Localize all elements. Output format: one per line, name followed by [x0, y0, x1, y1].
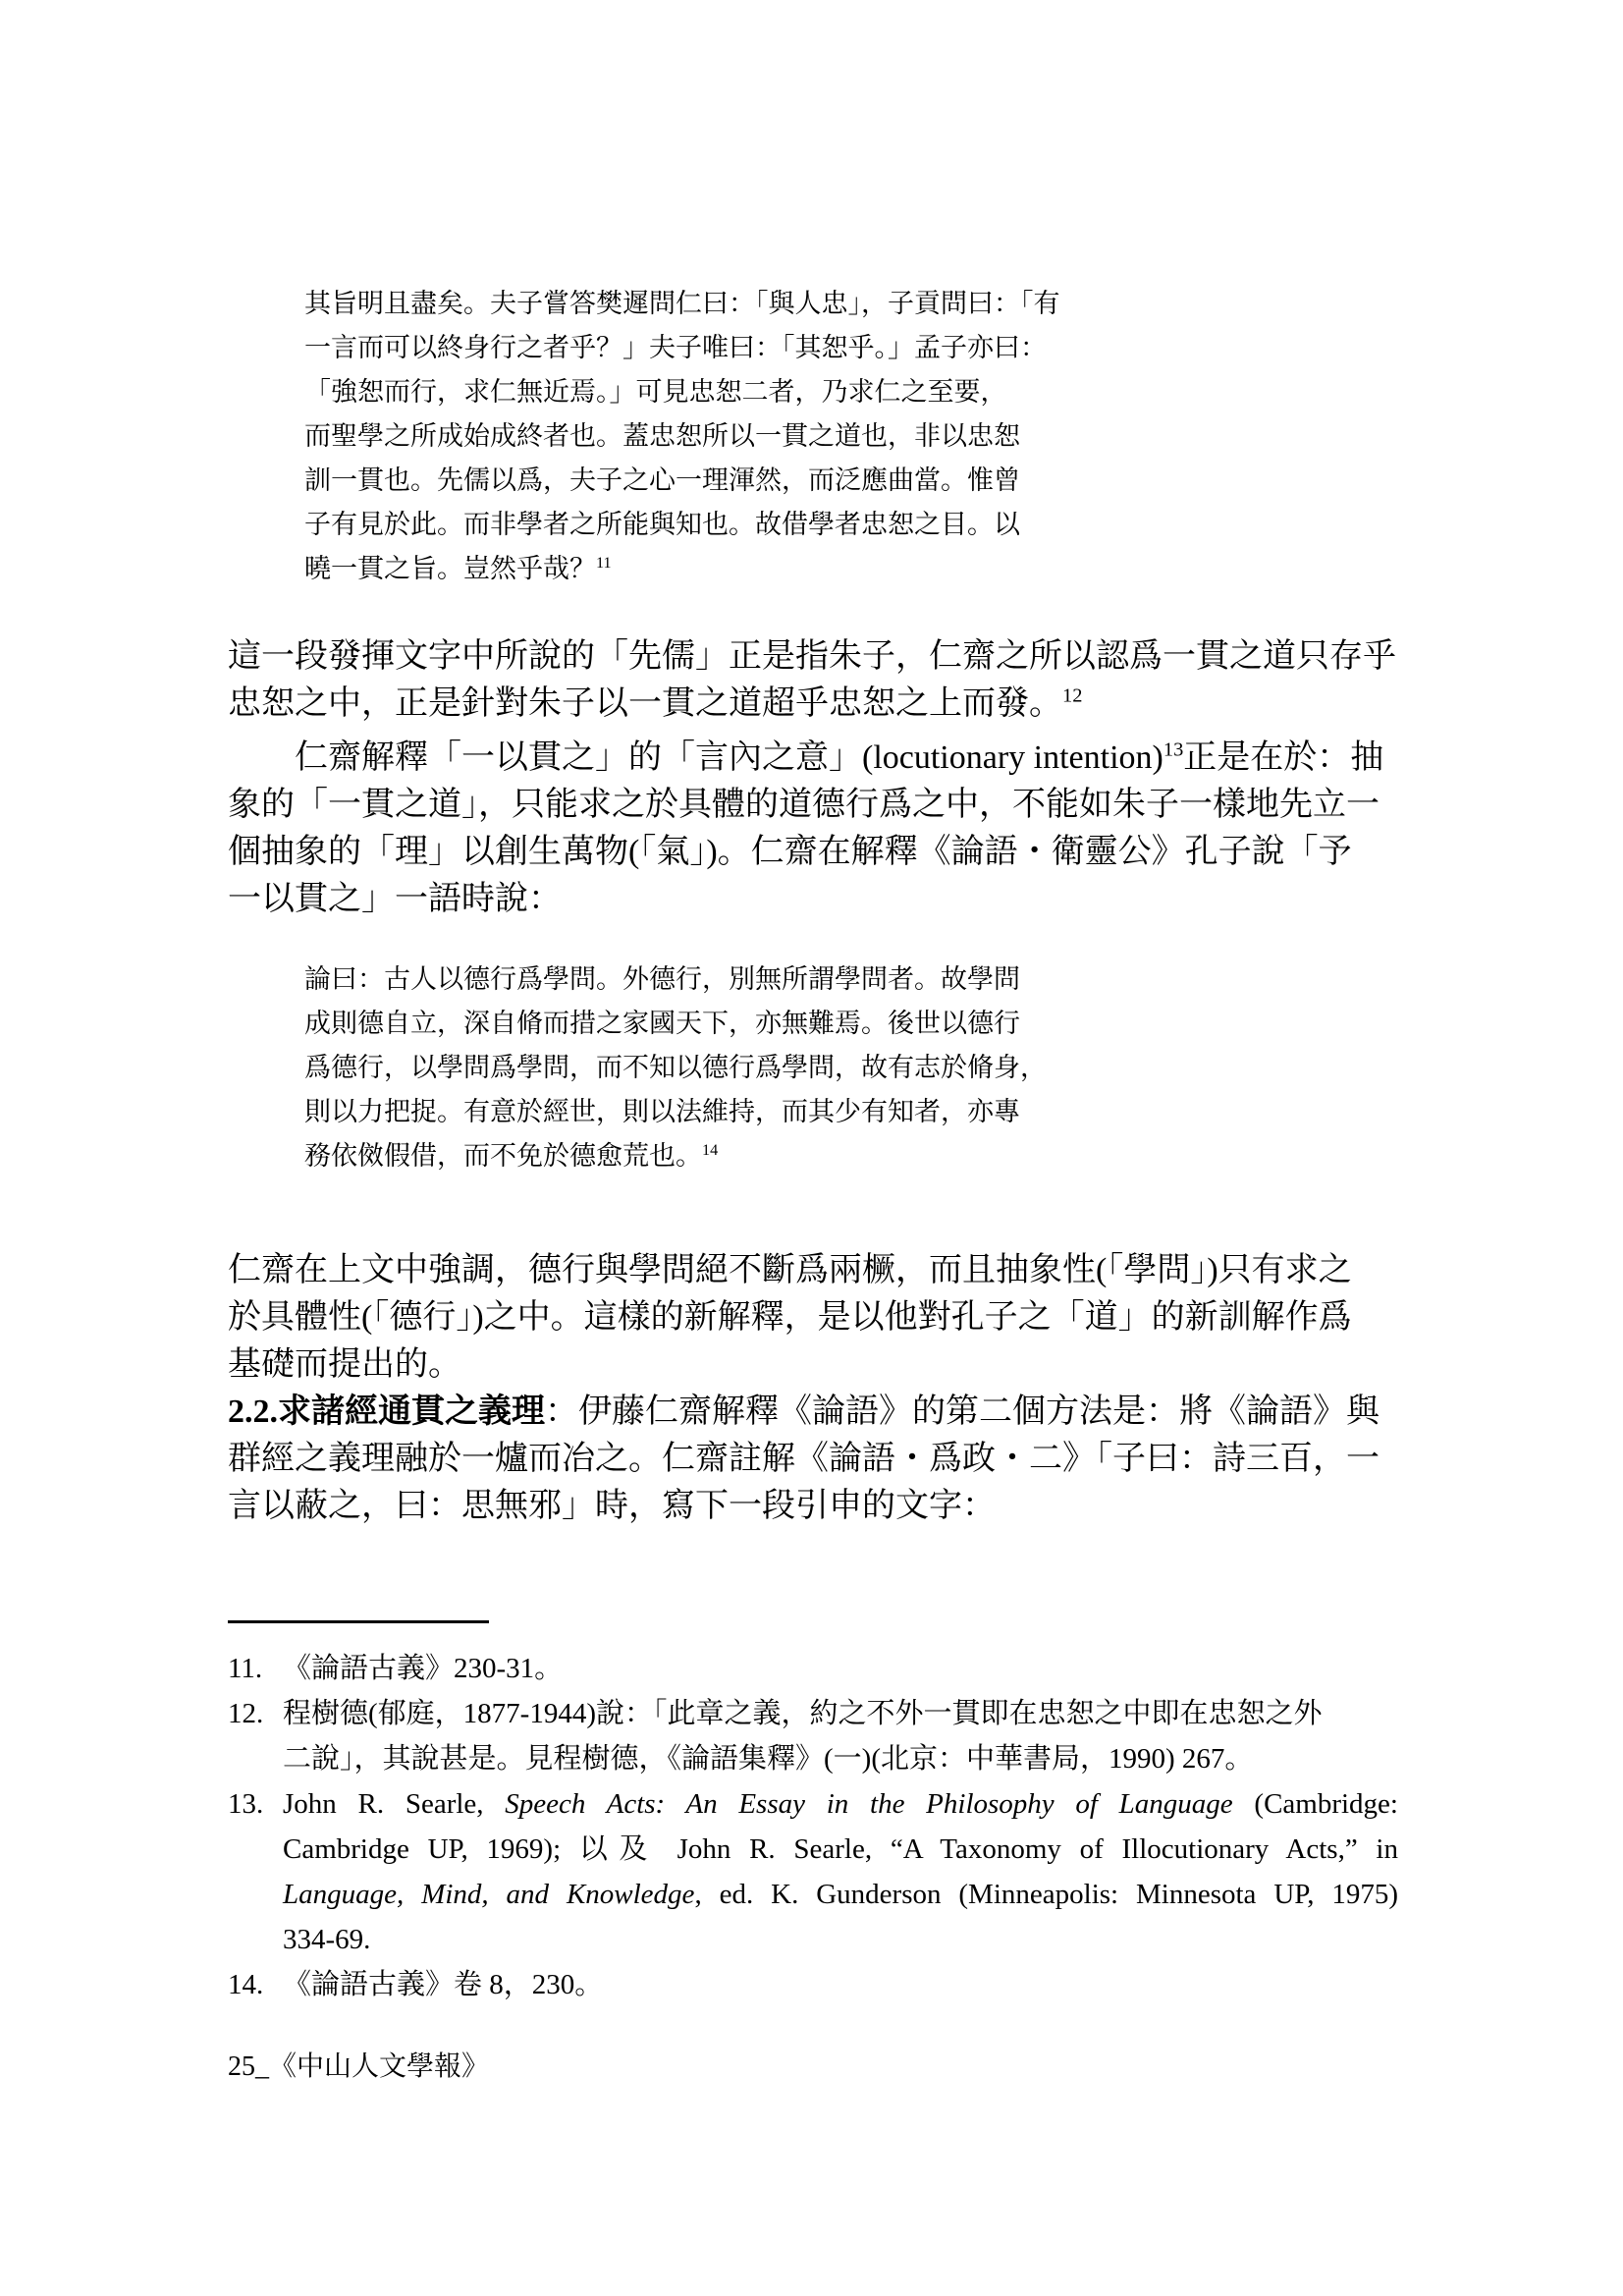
- quote-text: 務依傚假借，而不免於德愈荒也。: [304, 1141, 702, 1171]
- paragraph-2: 仁齋解釋「一以貫之」的「言內之意」(locutionary intention)…: [228, 735, 1398, 923]
- footnote-line: 《論語古義》卷 8，230。: [283, 1962, 1398, 2007]
- book-title: Speech Acts: An Essay in the Philosophy …: [505, 1788, 1232, 1820]
- footnote-text: 程樹德(郁庭，1877-1944)說：「此章之義，約之不外一貫即在忠恕之中即在忠…: [283, 1691, 1398, 1781]
- footnote-12: 12. 程樹德(郁庭，1877-1944)說：「此章之義，約之不外一貫即在忠恕之…: [228, 1691, 1398, 1781]
- quote-line: 曉一貫之旨。豈然乎哉？11: [304, 547, 1102, 591]
- quote-line: 爲德行，以學問爲學問，而不知以德行爲學問，故有志於脩身，: [304, 1046, 1102, 1090]
- paragraph-3: 仁齋在上文中強調，德行與學問絕不斷爲兩橛，而且抽象性(「學問」)只有求之 於具體…: [228, 1247, 1398, 1389]
- body-text: 仁齋解釋「一以貫之」的「言內之意」(locutionary intention): [295, 739, 1163, 776]
- body-line: 言以蔽之，曰：思無邪」時，寫下一段引申的文字：: [228, 1483, 1398, 1530]
- footnote-line: Cambridge UP, 1969); 以及 John R. Searle, …: [283, 1827, 1398, 1872]
- quote-line: 則以力把捉。有意於經世，則以法維持，而其少有知者，亦專: [304, 1090, 1102, 1134]
- footnotes: 11. 《論語古義》230-31。 12. 程樹德(郁庭，1877-1944)說…: [228, 1646, 1398, 2007]
- quote-line: 其旨明且盡矣。夫子嘗答樊遲問仁曰：「與人忠」，子貢問曰：「有: [304, 282, 1102, 326]
- body-text: 忠恕之中，正是針對朱子以一貫之道超乎忠恕之上而發。: [228, 685, 1062, 722]
- body-line: 2.2.求諸經通貫之義理：伊藤仁齋解釋《論語》的第二個方法是：將《論語》與: [228, 1389, 1398, 1436]
- footnote-ref-14: 14: [702, 1141, 718, 1159]
- footnote-13: 13. John R. Searle, Speech Acts: An Essa…: [228, 1781, 1398, 1962]
- footnote-14: 14. 《論語古義》卷 8，230。: [228, 1962, 1398, 2007]
- footnote-number: 14.: [228, 1962, 283, 2007]
- body-line: 象的「一貫之道」，只能求之於具體的道德行爲之中，不能如朱子一樣地先立一: [228, 782, 1398, 829]
- footnote-text-segment: , ed. K. Gunderson (Minneapolis: Minneso…: [694, 1879, 1398, 1910]
- page-number-journal-label: 25_《中山人文學報》: [228, 2051, 489, 2082]
- block-quote-1: 其旨明且盡矣。夫子嘗答樊遲問仁曰：「與人忠」，子貢問曰：「有 一言而可以終身行之…: [304, 282, 1102, 591]
- body-line: 一以貫之」一語時說：: [228, 876, 1398, 923]
- body-line: 基礎而提出的。: [228, 1341, 1398, 1389]
- body-text: 正是在於：抽: [1183, 739, 1383, 776]
- quote-line: 訓一貫也。先儒以爲，夫子之心一理渾然，而泛應曲當。惟曾: [304, 459, 1102, 503]
- quote-line: 成則德自立，深自脩而措之家國天下，亦無難焉。後世以德行: [304, 1002, 1102, 1046]
- body-line: 仁齋在上文中強調，德行與學問絕不斷爲兩橛，而且抽象性(「學問」)只有求之: [228, 1247, 1398, 1294]
- footnote-ref-11: 11: [596, 554, 612, 572]
- body-line: 於具體性(「德行」)之中。這樣的新解釋，是以他對孔子之「道」的新訓解作爲: [228, 1294, 1398, 1341]
- body-line: 個抽象的「理」以創生萬物(「氣」)。仁齋在解釋《論語・衛靈公》孔子說「予: [228, 829, 1398, 876]
- quote-text: 曉一貫之旨。豈然乎哉？: [304, 554, 596, 583]
- footnote-11: 11. 《論語古義》230-31。: [228, 1646, 1398, 1691]
- quote-line: 一言而可以終身行之者乎？」夫子唯曰：「其恕乎。」孟子亦曰：: [304, 326, 1102, 370]
- body-line: 仁齋解釋「一以貫之」的「言內之意」(locutionary intention)…: [228, 735, 1398, 782]
- footnote-ref-12: 12: [1062, 685, 1082, 707]
- journal-page: 其旨明且盡矣。夫子嘗答樊遲問仁曰：「與人忠」，子貢問曰：「有 一言而可以終身行之…: [0, 0, 1623, 2296]
- quote-line: 論曰：古人以德行爲學問。外德行，別無所謂學問者。故學問: [304, 957, 1102, 1002]
- body-line: 群經之義理融於一爐而冶之。仁齋註解《論語・爲政・二》「子曰：詩三百，一: [228, 1436, 1398, 1483]
- footnote-line: 二說」，其說甚是。見程樹德，《論語集釋》(一)(北京：中華書局，1990) 26…: [283, 1736, 1398, 1781]
- page-footer: 25_《中山人文學報》: [228, 2050, 489, 2084]
- body-line: 這一段發揮文字中所說的「先儒」正是指朱子，仁齋之所以認爲一貫之道只存乎: [228, 633, 1398, 681]
- book-title: Language, Mind, and Knowledge: [283, 1879, 694, 1910]
- block-quote-2: 論曰：古人以德行爲學問。外德行，別無所謂學問者。故學問 成則德自立，深自脩而措之…: [304, 957, 1102, 1178]
- footnote-ref-13: 13: [1163, 739, 1183, 761]
- footnote-line: 程樹德(郁庭，1877-1944)說：「此章之義，約之不外一貫即在忠恕之中即在忠…: [283, 1691, 1398, 1736]
- footnote-number: 11.: [228, 1646, 283, 1691]
- footnote-line: 《論語古義》230-31。: [283, 1646, 1398, 1691]
- footnote-text: John R. Searle, Speech Acts: An Essay in…: [283, 1781, 1398, 1962]
- quote-line: 子有見於此。而非學者之所能與知也。故借學者忠恕之目。以: [304, 503, 1102, 547]
- footnote-line: 334-69.: [283, 1917, 1398, 1962]
- footnote-text: 《論語古義》卷 8，230。: [283, 1962, 1398, 2007]
- paragraph-section-2-2: 2.2.求諸經通貫之義理：伊藤仁齋解釋《論語》的第二個方法是：將《論語》與 群經…: [228, 1389, 1398, 1530]
- body-line: 忠恕之中，正是針對朱子以一貫之道超乎忠恕之上而發。12: [228, 681, 1398, 728]
- footnote-separator: [228, 1620, 489, 1623]
- quote-line: 而聖學之所成始成終者也。蓋忠恕所以一貫之道也，非以忠恕: [304, 414, 1102, 459]
- section-heading-inline: 2.2.求諸經通貫之義理: [228, 1394, 545, 1430]
- quote-line: 「強恕而行，求仁無近焉。」可見忠恕二者，乃求仁之至要，: [304, 370, 1102, 414]
- footnote-number: 13.: [228, 1781, 283, 1962]
- footnote-text-segment: John R. Searle,: [283, 1788, 505, 1820]
- footnote-line: Language, Mind, and Knowledge, ed. K. Gu…: [283, 1872, 1398, 1917]
- paragraph-1: 這一段發揮文字中所說的「先儒」正是指朱子，仁齋之所以認爲一貫之道只存乎 忠恕之中…: [228, 633, 1398, 728]
- footnote-line: John R. Searle, Speech Acts: An Essay in…: [283, 1781, 1398, 1827]
- body-text: ：伊藤仁齋解釋《論語》的第二個方法是：將《論語》與: [545, 1394, 1380, 1430]
- footnote-text-segment: (Cambridge:: [1233, 1788, 1398, 1820]
- quote-line: 務依傚假借，而不免於德愈荒也。14: [304, 1134, 1102, 1178]
- footnote-number: 12.: [228, 1691, 283, 1781]
- footnote-text: 《論語古義》230-31。: [283, 1646, 1398, 1691]
